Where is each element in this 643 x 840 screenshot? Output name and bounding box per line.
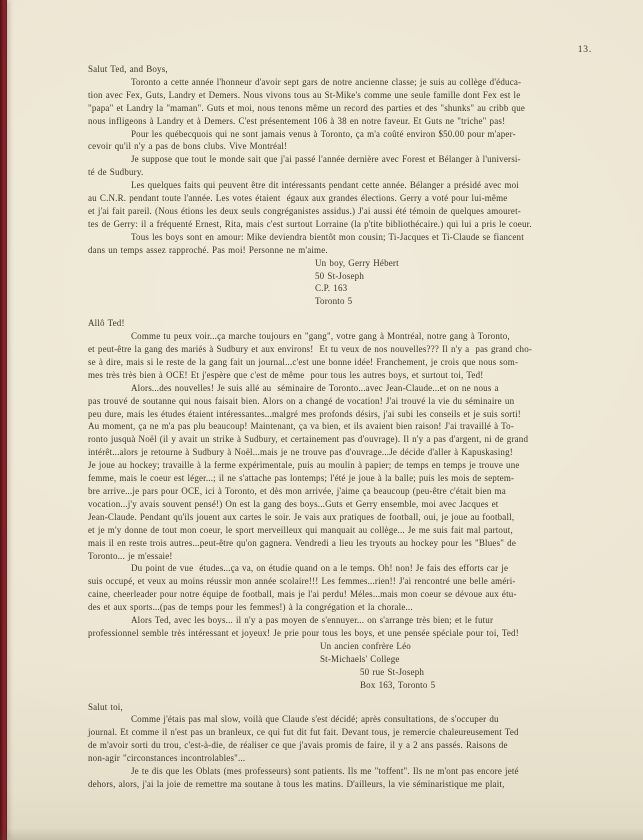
letter-line: et j'ai fait pareil. (Nous étions les de… (88, 205, 576, 218)
letter-salutation: Allô Ted! (88, 317, 576, 330)
signature-block: Un boy, Gerry Hébert 50 St-Joseph C.P. 1… (88, 257, 576, 309)
letter-body: Comme j'étais pas mal slow, voilà que Cl… (88, 713, 576, 790)
letter-line: et peut-être la gang des mariés à Sudbur… (88, 343, 576, 356)
letter-salutation: Salut Ted, and Boys, (88, 63, 576, 76)
scanned-newsletter-page: 13. Salut Ted, and Boys, Toronto a cette… (0, 0, 643, 840)
signature-address-line: Box 163, Toronto 5 (360, 679, 576, 692)
letter-gerry-hebert: Salut Ted, and Boys, Toronto a cette ann… (88, 63, 576, 308)
letter-line: té de Sudbury. (88, 166, 576, 179)
letter-line: cevoir qu'il n'y a pas de bons clubs. Vi… (88, 140, 576, 153)
letter-line: dans un temps assez rapproché. Pas moi! … (88, 244, 576, 257)
letter-line: mais il en reste trois autres...peut-êtr… (88, 537, 576, 550)
letter-line: Pour les québecquois qui ne sont jamais … (88, 128, 576, 141)
letter-line: Je suppose que tout le monde sait que j'… (88, 153, 576, 166)
signature-address-line: C.P. 163 (315, 282, 576, 295)
letter-line: Alors...des nouvelles! Je suis allé au s… (88, 382, 576, 395)
letter-body: Toronto a cette année l'honneur d'avoir … (88, 76, 576, 257)
letter-line: des et aux sports...(pas de temps pour l… (88, 601, 576, 614)
letter-line: se à dire, mais si le reste de la gang f… (88, 356, 576, 369)
signature-name: Un ancien confrère Léo (320, 640, 576, 653)
signature-block: Un ancien confrère Léo St-Michaels' Coll… (88, 640, 576, 692)
binding-spine-edge (0, 0, 7, 840)
letter-line: femme, mais le coeur est léger...; il ne… (88, 472, 576, 485)
letter-line: Alors Ted, avec les boys... il n'y a pas… (88, 614, 576, 627)
letter-line: dehors, alors, j'ai la joie de remettre … (88, 778, 576, 791)
letter-line: bre arrive...je pars pour OCE, ici à Tor… (88, 485, 576, 498)
letter-line: Comme tu peux voir...ça marche toujours … (88, 330, 576, 343)
letter-line: Du point de vue études...ça va, on étudi… (88, 562, 576, 575)
letter-line: Je joue au hockey; travaille à la ferme … (88, 459, 576, 472)
signature-address-line: 50 St-Joseph (315, 270, 576, 283)
letter-line: pas trouvé de soutanne qui nous faisait … (88, 395, 576, 408)
page-number: 13. (578, 45, 592, 55)
letter-line: peu dure, mais les études étaient intére… (88, 408, 576, 421)
letter-line: au C.N.R. pendant toute l'année. Les vot… (88, 192, 576, 205)
page-content: Salut Ted, and Boys, Toronto a cette ann… (88, 63, 576, 791)
letter-body: Comme tu peux voir...ça marche toujours … (88, 330, 576, 640)
letter-line: journal. Et comme il n'est pas un branle… (88, 726, 576, 739)
letter-line: et je m'y donne de tout mon coeur, le sp… (88, 524, 576, 537)
letter-line: caine, cheerleader pour notre équipe de … (88, 588, 576, 601)
letter-line: Jean-Claude. Pendant qu'ils jouent aux c… (88, 511, 576, 524)
letter-line: professionnel semble très intéressant et… (88, 627, 576, 640)
signature-address-line: 50 rue St-Joseph (360, 666, 576, 679)
signature-college-line: St-Michaels' College (320, 653, 576, 666)
letter-line: tes de Gerry: il a fréquenté Ernest, Rit… (88, 218, 576, 231)
letter-line: tion avec Fex, Guts, Landry et Demers. N… (88, 89, 576, 102)
letter-line: ronto jusquà Noël (il y avait un strike … (88, 433, 576, 446)
letter-line: Toronto... je m'essaie! (88, 550, 576, 563)
letter-line: non-agir "circonstances incontrolables".… (88, 752, 576, 765)
signature-address-line: Toronto 5 (315, 295, 576, 308)
letter-salutation: Salut toi, (88, 701, 576, 714)
letter-line: "papa" et Landry la "maman". Guts et moi… (88, 102, 576, 115)
letter-line: de m'avoir sorti du trou, c'est-à-die, d… (88, 739, 576, 752)
letter-line: vocation...j'y avais souvent pensé!) On … (88, 498, 576, 511)
letter-line: Toronto a cette année l'honneur d'avoir … (88, 76, 576, 89)
signature-name: Un boy, Gerry Hébert (315, 257, 576, 270)
letter-line: suis occupé, et veux au moins réussir mo… (88, 575, 576, 588)
letter-line: Les quelques faits qui peuvent être dit … (88, 179, 576, 192)
letter-line: Je te dis que les Oblats (mes professeur… (88, 765, 576, 778)
letter-seminarian: Salut toi, Comme j'étais pas mal slow, v… (88, 701, 576, 791)
letter-leo: Allô Ted! Comme tu peux voir...ça marche… (88, 317, 576, 691)
letter-line: Au moment, ça ne m'a pas plu beaucoup! M… (88, 420, 576, 433)
letter-line: nous infligeons à Landry et à Demers. C'… (88, 115, 576, 128)
letter-line: Tous les boys sont en amour: Mike devien… (88, 231, 576, 244)
letter-line: mes très très bien à OCE! Et j'espère qu… (88, 369, 576, 382)
letter-line: intérêt...alors je retourne à Sudbury à … (88, 446, 576, 459)
letter-line: Comme j'étais pas mal slow, voilà que Cl… (88, 713, 576, 726)
